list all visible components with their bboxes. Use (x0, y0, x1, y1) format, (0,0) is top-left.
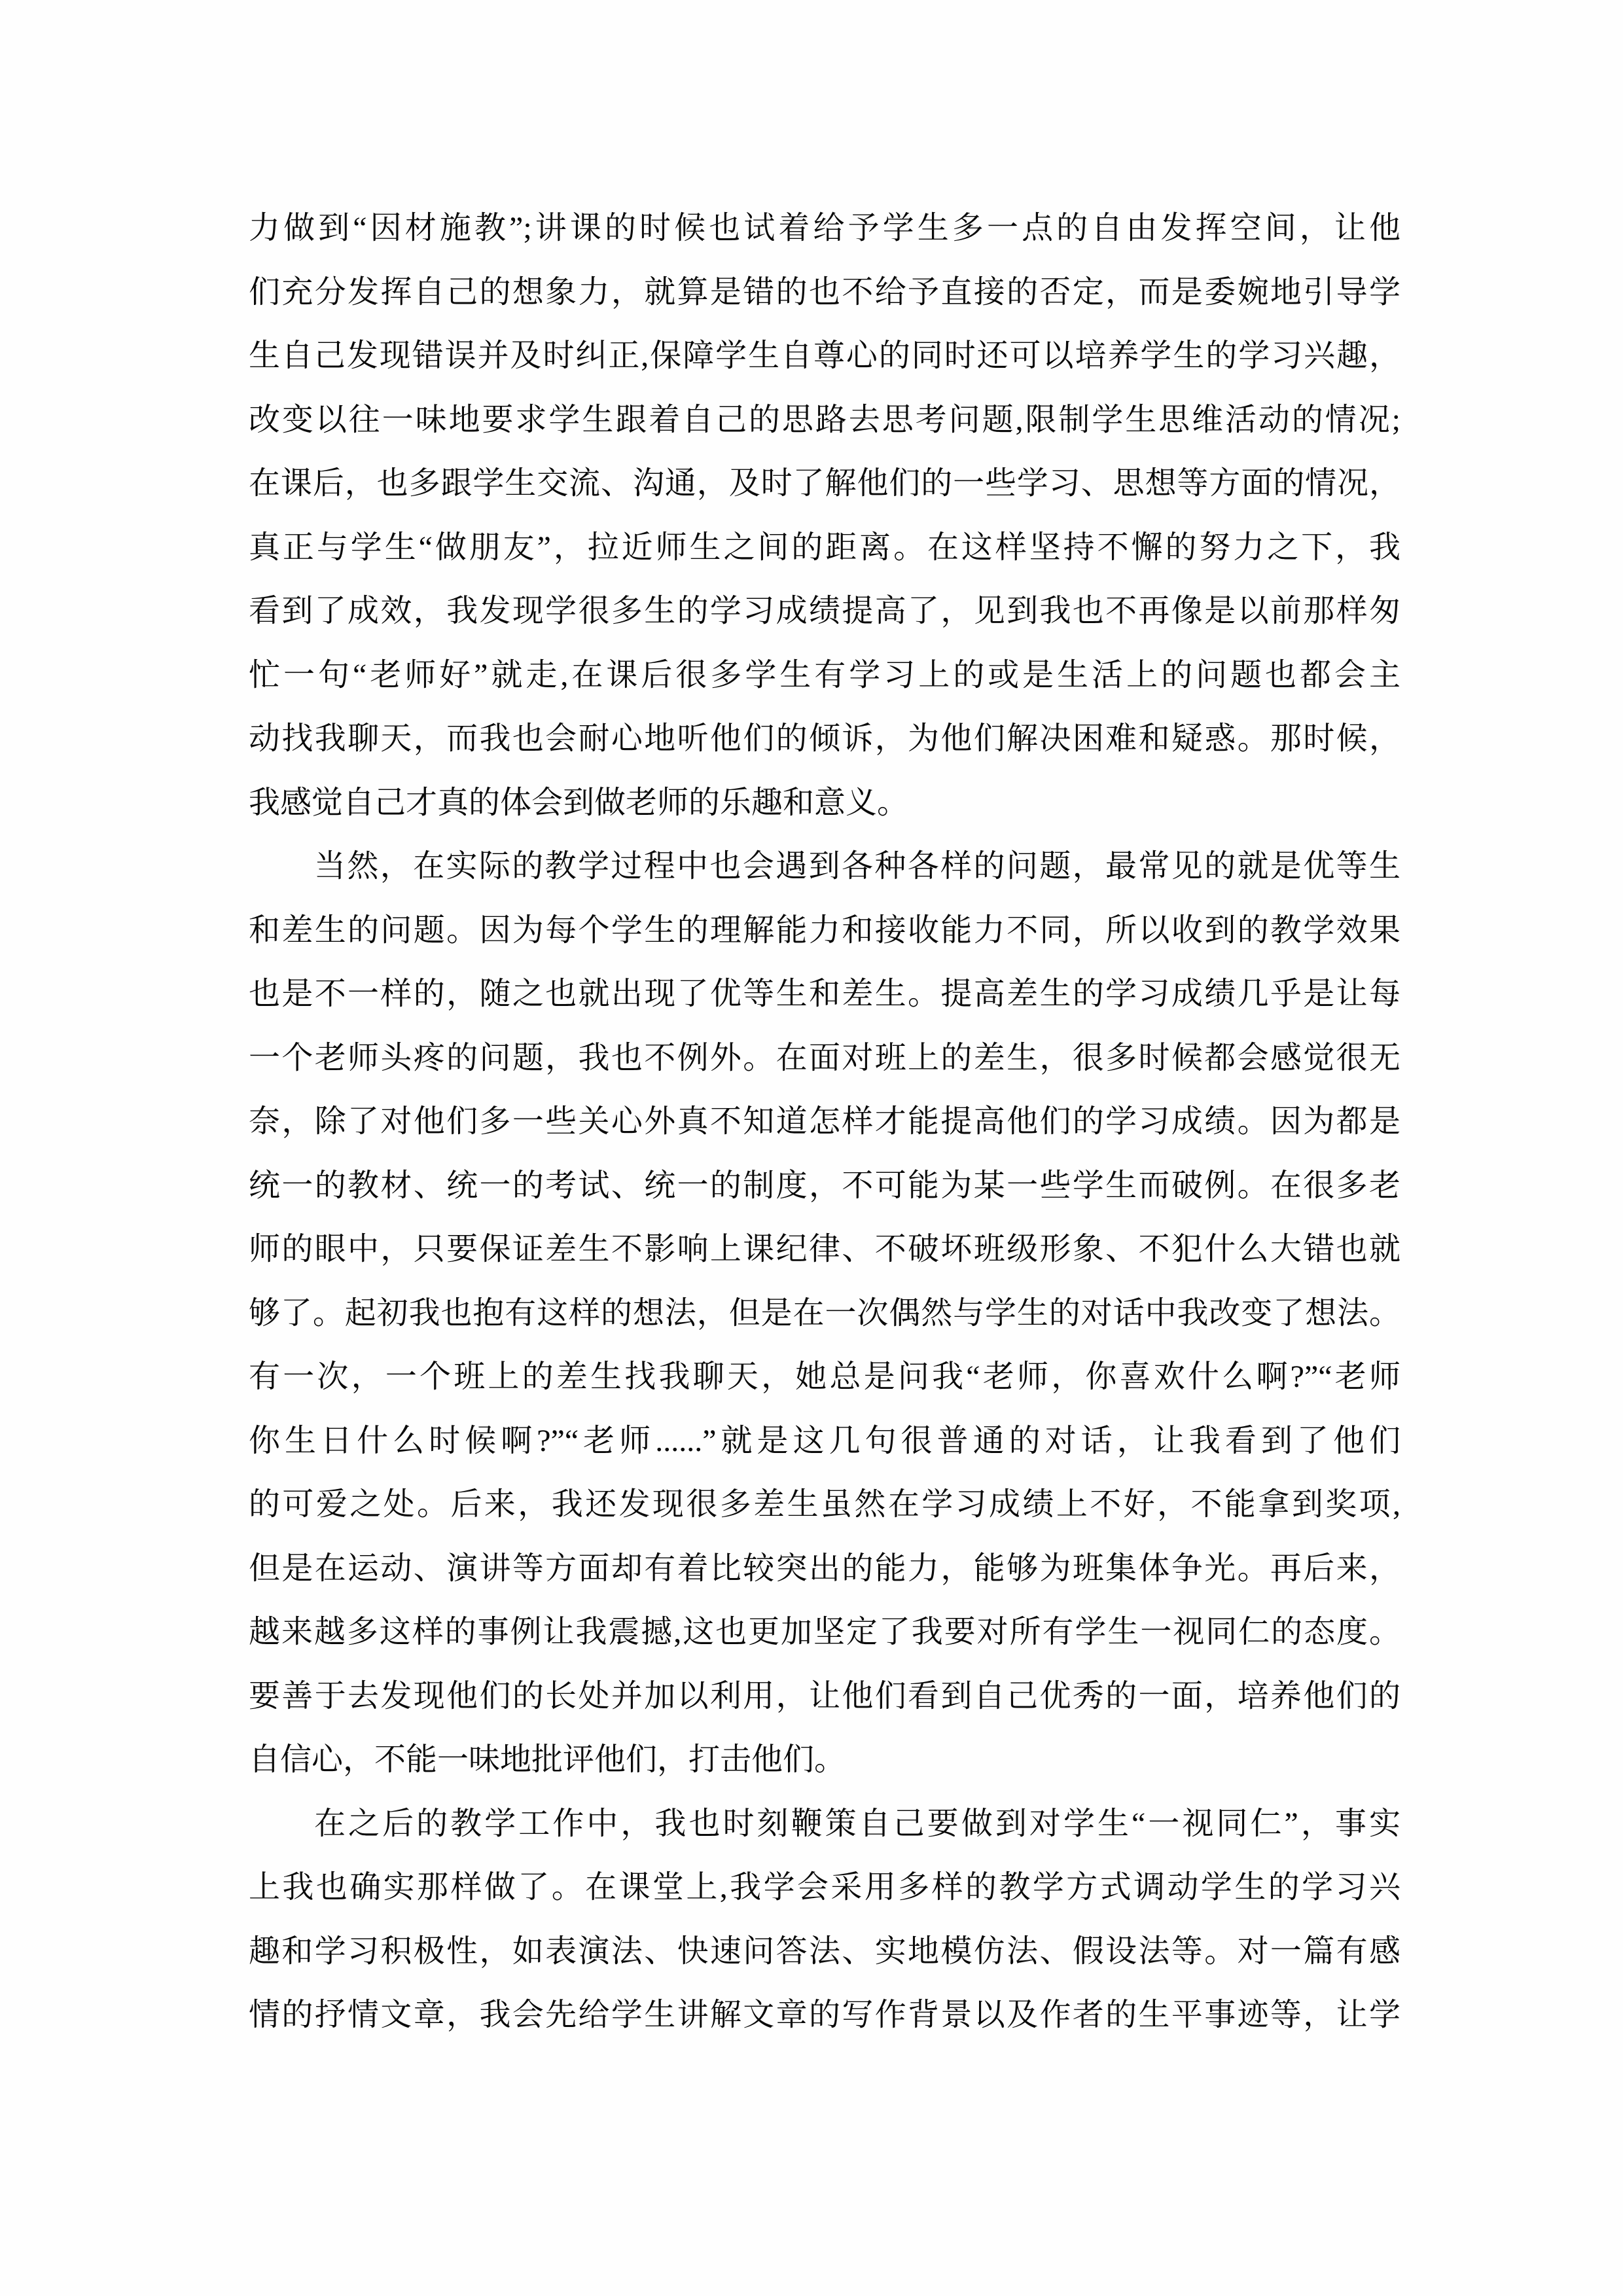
text-line: 力做到“因材施教”;讲课的时候也试着给予学生多一点的自由发挥空间，让他 (249, 196, 1400, 260)
text-line: 趣和学习积极性，如表演法、快速问答法、实地模仿法、假设法等。对一篇有感 (249, 1920, 1400, 1984)
text-line: 够了。起初我也抱有这样的想法，但是在一次偶然与学生的对话中我改变了想法。 (249, 1282, 1400, 1346)
text-line: 奈，除了对他们多一些关心外真不知道怎样才能提高他们的学习成绩。因为都是 (249, 1090, 1400, 1154)
text-block: 力做到“因材施教”;讲课的时候也试着给予学生多一点的自由发挥空间，让他 们充分发… (249, 196, 1400, 2047)
text-line: 我感觉自己才真的体会到做老师的乐趣和意义。 (249, 771, 1400, 835)
text-line: 生自己发现错误并及时纠正,保障学生自尊心的同时还可以培养学生的学习兴趣， (249, 324, 1400, 388)
text-line: 忙一句“老师好”就走,在课后很多学生有学习上的或是生活上的问题也都会主 (249, 643, 1400, 708)
text-line: 上我也确实那样做了。在课堂上,我学会采用多样的教学方式调动学生的学习兴 (249, 1856, 1400, 1920)
text-line: 当然，在实际的教学过程中也会遇到各种各样的问题，最常见的就是优等生 (249, 834, 1400, 899)
text-line: 看到了成效，我发现学很多生的学习成绩提高了，见到我也不再像是以前那样匆 (249, 579, 1400, 643)
text-line: 情的抒情文章，我会先给学生讲解文章的写作背景以及作者的生平事迹等，让学 (249, 1983, 1400, 2047)
text-line: 在课后，也多跟学生交流、沟通，及时了解他们的一些学习、思想等方面的情况， (249, 452, 1400, 516)
document-body: { "page": { "background_color": "#fefefe… (0, 0, 1623, 2296)
text-line: 改变以往一味地要求学生跟着自己的思路去思考问题,限制学生思维活动的情况; (249, 388, 1400, 452)
text-line: 统一的教材、统一的考试、统一的制度，不可能为某一些学生而破例。在很多老 (249, 1154, 1400, 1218)
text-line: 们充分发挥自己的想象力，就算是错的也不给予直接的否定，而是委婉地引导学 (249, 260, 1400, 325)
text-line: 你生日什么时候啊?”“老师......”就是这几句很普通的对话，让我看到了他们 (249, 1409, 1400, 1473)
text-line: 自信心，不能一味地批评他们，打击他们。 (249, 1728, 1400, 1792)
text-line: 和差生的问题。因为每个学生的理解能力和接收能力不同，所以收到的教学效果 (249, 899, 1400, 963)
text-line: 在之后的教学工作中，我也时刻鞭策自己要做到对学生“一视同仁”，事实 (249, 1792, 1400, 1856)
text-line: 但是在运动、演讲等方面却有着比较突出的能力，能够为班集体争光。再后来， (249, 1537, 1400, 1601)
text-line: 动找我聊天，而我也会耐心地听他们的倾诉，为他们解决困难和疑惑。那时候， (249, 707, 1400, 771)
text-line: 要善于去发现他们的长处并加以利用，让他们看到自己优秀的一面，培养他们的 (249, 1664, 1400, 1729)
text-line: 一个老师头疼的问题，我也不例外。在面对班上的差生，很多时候都会感觉很无 (249, 1026, 1400, 1090)
text-line: 的可爱之处。后来，我还发现很多差生虽然在学习成绩上不好，不能拿到奖项, (249, 1473, 1400, 1537)
text-line: 越来越多这样的事例让我震撼,这也更加坚定了我要对所有学生一视同仁的态度。 (249, 1600, 1400, 1664)
text-line: 有一次，一个班上的差生找我聊天，她总是问我“老师，你喜欢什么啊?”“老师 (249, 1345, 1400, 1409)
text-line: 师的眼中，只要保证差生不影响上课纪律、不破坏班级形象、不犯什么大错也就 (249, 1217, 1400, 1282)
document-page: 力做到“因材施教”;讲课的时候也试着给予学生多一点的自由发挥空间，让他 们充分发… (0, 0, 1623, 2296)
text-line: 真正与学生“做朋友”，拉近师生之间的距离。在这样坚持不懈的努力之下，我 (249, 516, 1400, 580)
text-line: 也是不一样的，随之也就出现了优等生和差生。提高差生的学习成绩几乎是让每 (249, 962, 1400, 1026)
